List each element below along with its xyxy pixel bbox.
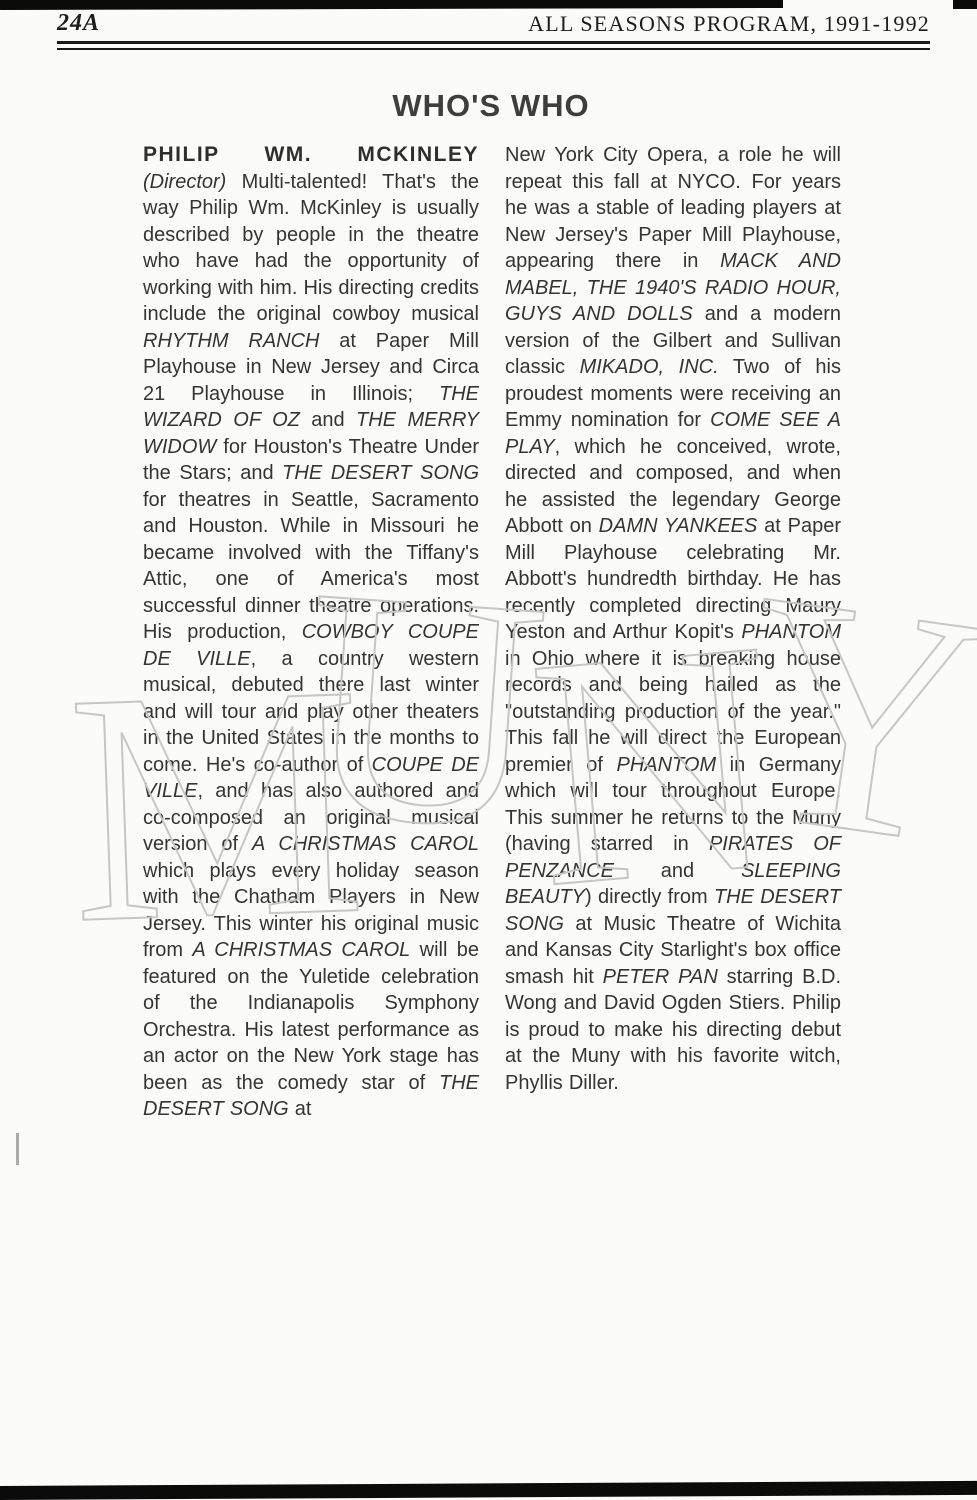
program-title: ALL SEASONS PROGRAM, 1991-1992 [528, 11, 930, 37]
scan-edge-top-bar [0, 0, 783, 10]
page-header: 24A ALL SEASONS PROGRAM, 1991-1992 [57, 10, 930, 37]
bio-text-left: (Director) Multi-talented! That's the wa… [143, 169, 479, 1123]
bio-column-left: PHILIP WM. MCKINLEY (Director) Multi-tal… [143, 142, 479, 1123]
bio-column-right: New York City Opera, a role he will repe… [505, 142, 841, 1123]
program-page: 24A ALL SEASONS PROGRAM, 1991-1992 WHO'S… [0, 0, 977, 1500]
bio-text-right: New York City Opera, a role he will repe… [505, 142, 841, 1096]
bio-columns: PHILIP WM. MCKINLEY (Director) Multi-tal… [143, 142, 841, 1123]
scan-edge-bottom-bar [0, 1481, 977, 1500]
header-double-rule [57, 41, 930, 50]
page-number: 24A [57, 10, 100, 37]
scan-left-edge-tick [16, 1133, 19, 1165]
bio-name: PHILIP WM. MCKINLEY [143, 142, 479, 169]
section-title: WHO'S WHO [140, 88, 842, 124]
scan-edge-top-right-mark [953, 0, 977, 9]
